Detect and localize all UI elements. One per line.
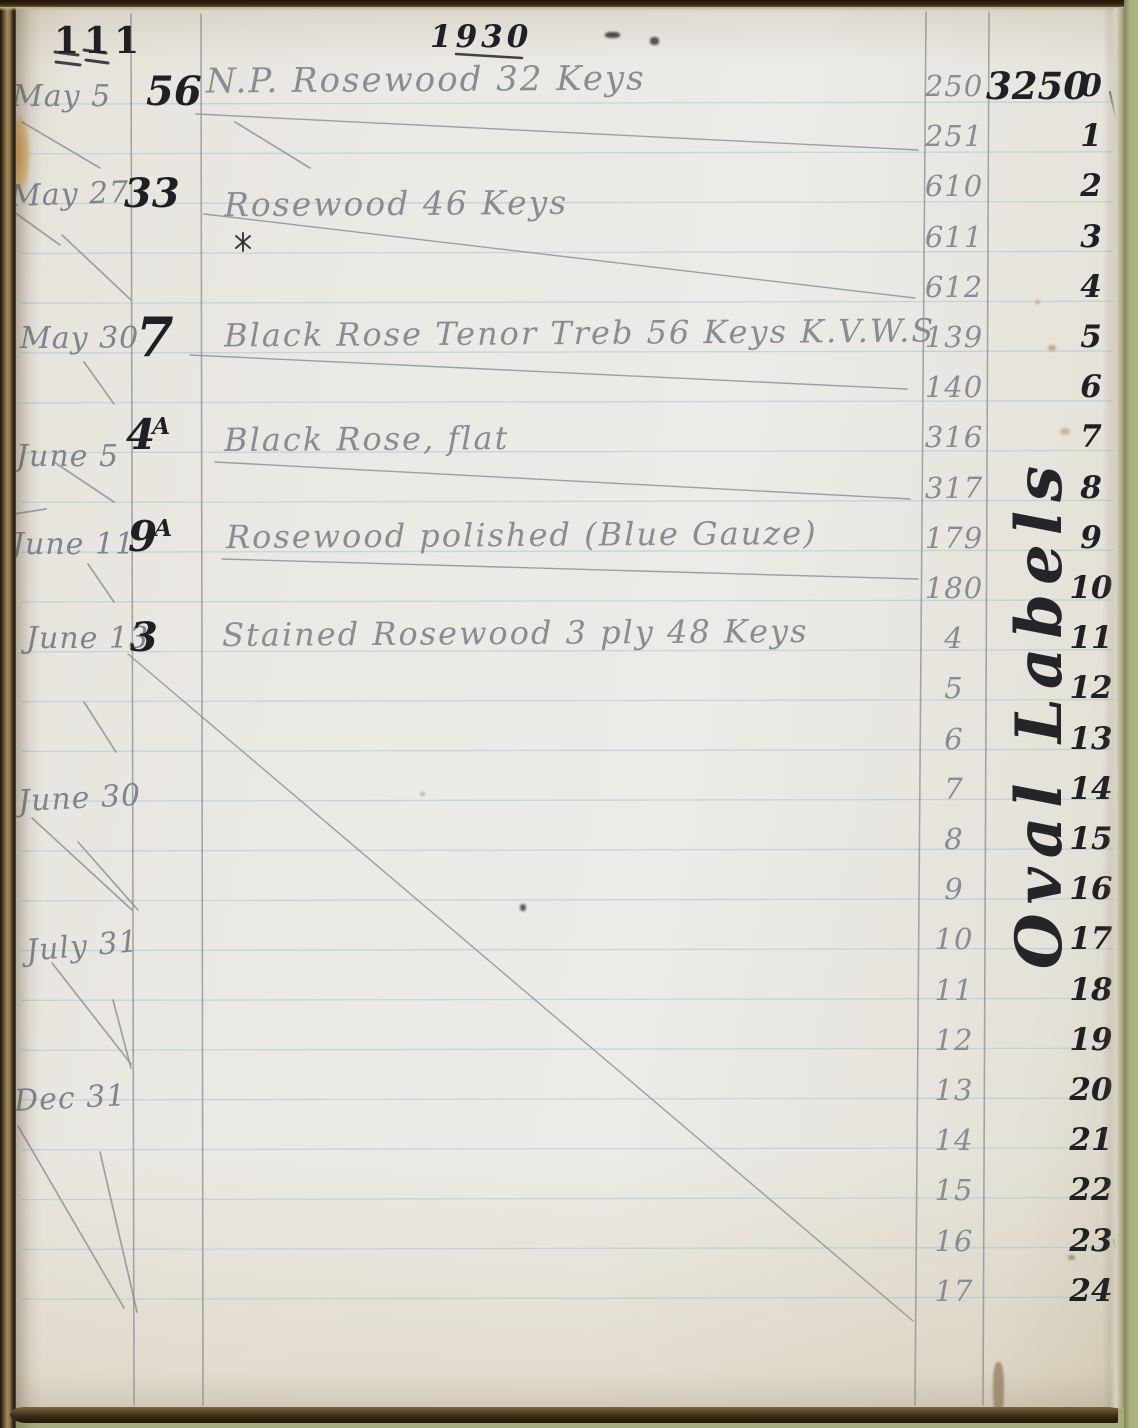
pencil-tick [113, 1000, 131, 1068]
entry-quantity: 3 [130, 616, 158, 660]
serial-number-cell: 12 [920, 1025, 988, 1057]
entry-quantity-value: 4 [126, 410, 155, 459]
serial-number-cell: 16 [920, 1226, 988, 1258]
entry-description: Stained Rosewood 3 ply 48 Keys [222, 614, 809, 653]
entry-quantity: 56 [146, 70, 202, 114]
entry-description: Rosewood 46 Keys [224, 185, 568, 224]
page-number-hatch [56, 62, 80, 65]
vertical-side-note: Oval Labels [983, 324, 1097, 1102]
pencil-tick [84, 362, 114, 404]
serial-number-cell: 612 [920, 272, 988, 304]
entry-quantity: 9A [128, 514, 172, 560]
carry-line [215, 462, 910, 499]
serial-number-cell: 13 [920, 1075, 988, 1107]
serial-number-cell: 251 [920, 121, 988, 153]
year-heading: 1930 [430, 20, 532, 54]
pencil-tick [88, 564, 114, 602]
entry-quantity: 7 [136, 308, 174, 367]
serial-number-cell: 179 [920, 523, 988, 555]
entry-quantity: 4A [126, 412, 170, 458]
entry-quantity-value: 9 [128, 512, 157, 561]
pencil-tick [62, 235, 131, 300]
carry-line [204, 214, 915, 298]
entry-quantity: 33 [124, 172, 180, 216]
entry-quantity-mark: A [152, 413, 170, 440]
serial-number-cell: 610 [920, 171, 988, 203]
book-binding-edge [0, 0, 16, 1428]
pencil-tick [32, 818, 132, 910]
serial-number-cell: 139 [920, 322, 988, 354]
page-right-edge [1102, 8, 1124, 1408]
pencil-tick [52, 963, 131, 1064]
pencil-tick [78, 842, 138, 910]
carry-line [222, 559, 918, 579]
serial-number-cell: 17 [920, 1276, 988, 1308]
page-stack-edge [0, 7, 1124, 11]
entry-quantity-value: 7 [136, 305, 174, 369]
serial-number-cell: 4 [920, 623, 988, 655]
serial-number-cell: 611 [920, 222, 988, 254]
scanned-ledger-page: { "header": { "page_number": "111", "yea… [0, 0, 1138, 1428]
book-top-edge [0, 0, 1124, 7]
column-rule [201, 14, 203, 1405]
serial-number-cell: 5 [920, 673, 988, 705]
serial-number-cell: 8 [920, 824, 988, 856]
serial-number-cell: 10 [920, 924, 988, 956]
serial-number-cell: 15 [920, 1175, 988, 1207]
entry-quantity-value: 33 [124, 170, 180, 217]
pencil-tick [84, 702, 116, 752]
entry-quantity-mark: A [154, 515, 172, 542]
serial-number-cell: 14 [920, 1125, 988, 1157]
entry-description: Black Rose Tenor Treb 56 Keys K.V.W.S [224, 314, 936, 354]
serial-number-cell: 317 [920, 473, 988, 505]
pencil-tick [100, 1152, 137, 1312]
serial-number-cell: 6 [920, 724, 988, 756]
serial-number-cell: 11 [920, 975, 988, 1007]
serial-number-cell: 7 [920, 774, 988, 806]
binding-shadow [16, 0, 42, 1428]
carry-line [190, 355, 907, 389]
serial-number-cell: 140 [920, 372, 988, 404]
background-mat [1124, 0, 1138, 1428]
entry-quantity-value: 56 [146, 68, 202, 115]
serial-number-cell: 180 [920, 573, 988, 605]
entry-description: N.P. Rosewood 32 Keys [206, 60, 646, 100]
serial-number-cell: 316 [920, 422, 988, 454]
carry-line [196, 114, 918, 150]
entry-description: Rosewood polished (Blue Gauze) [226, 516, 818, 555]
entry-description: Black Rose, flat [224, 421, 510, 458]
serial-number-cell: 9 [920, 874, 988, 906]
serial-number-cell: 250 [920, 71, 988, 103]
pencil-tick [235, 122, 310, 168]
page-number: 111 [54, 22, 144, 62]
column-rule [131, 14, 134, 1405]
book-bottom-edge [10, 1407, 1118, 1423]
entry-quantity-value: 3 [130, 614, 158, 661]
carry-line [128, 654, 913, 1321]
